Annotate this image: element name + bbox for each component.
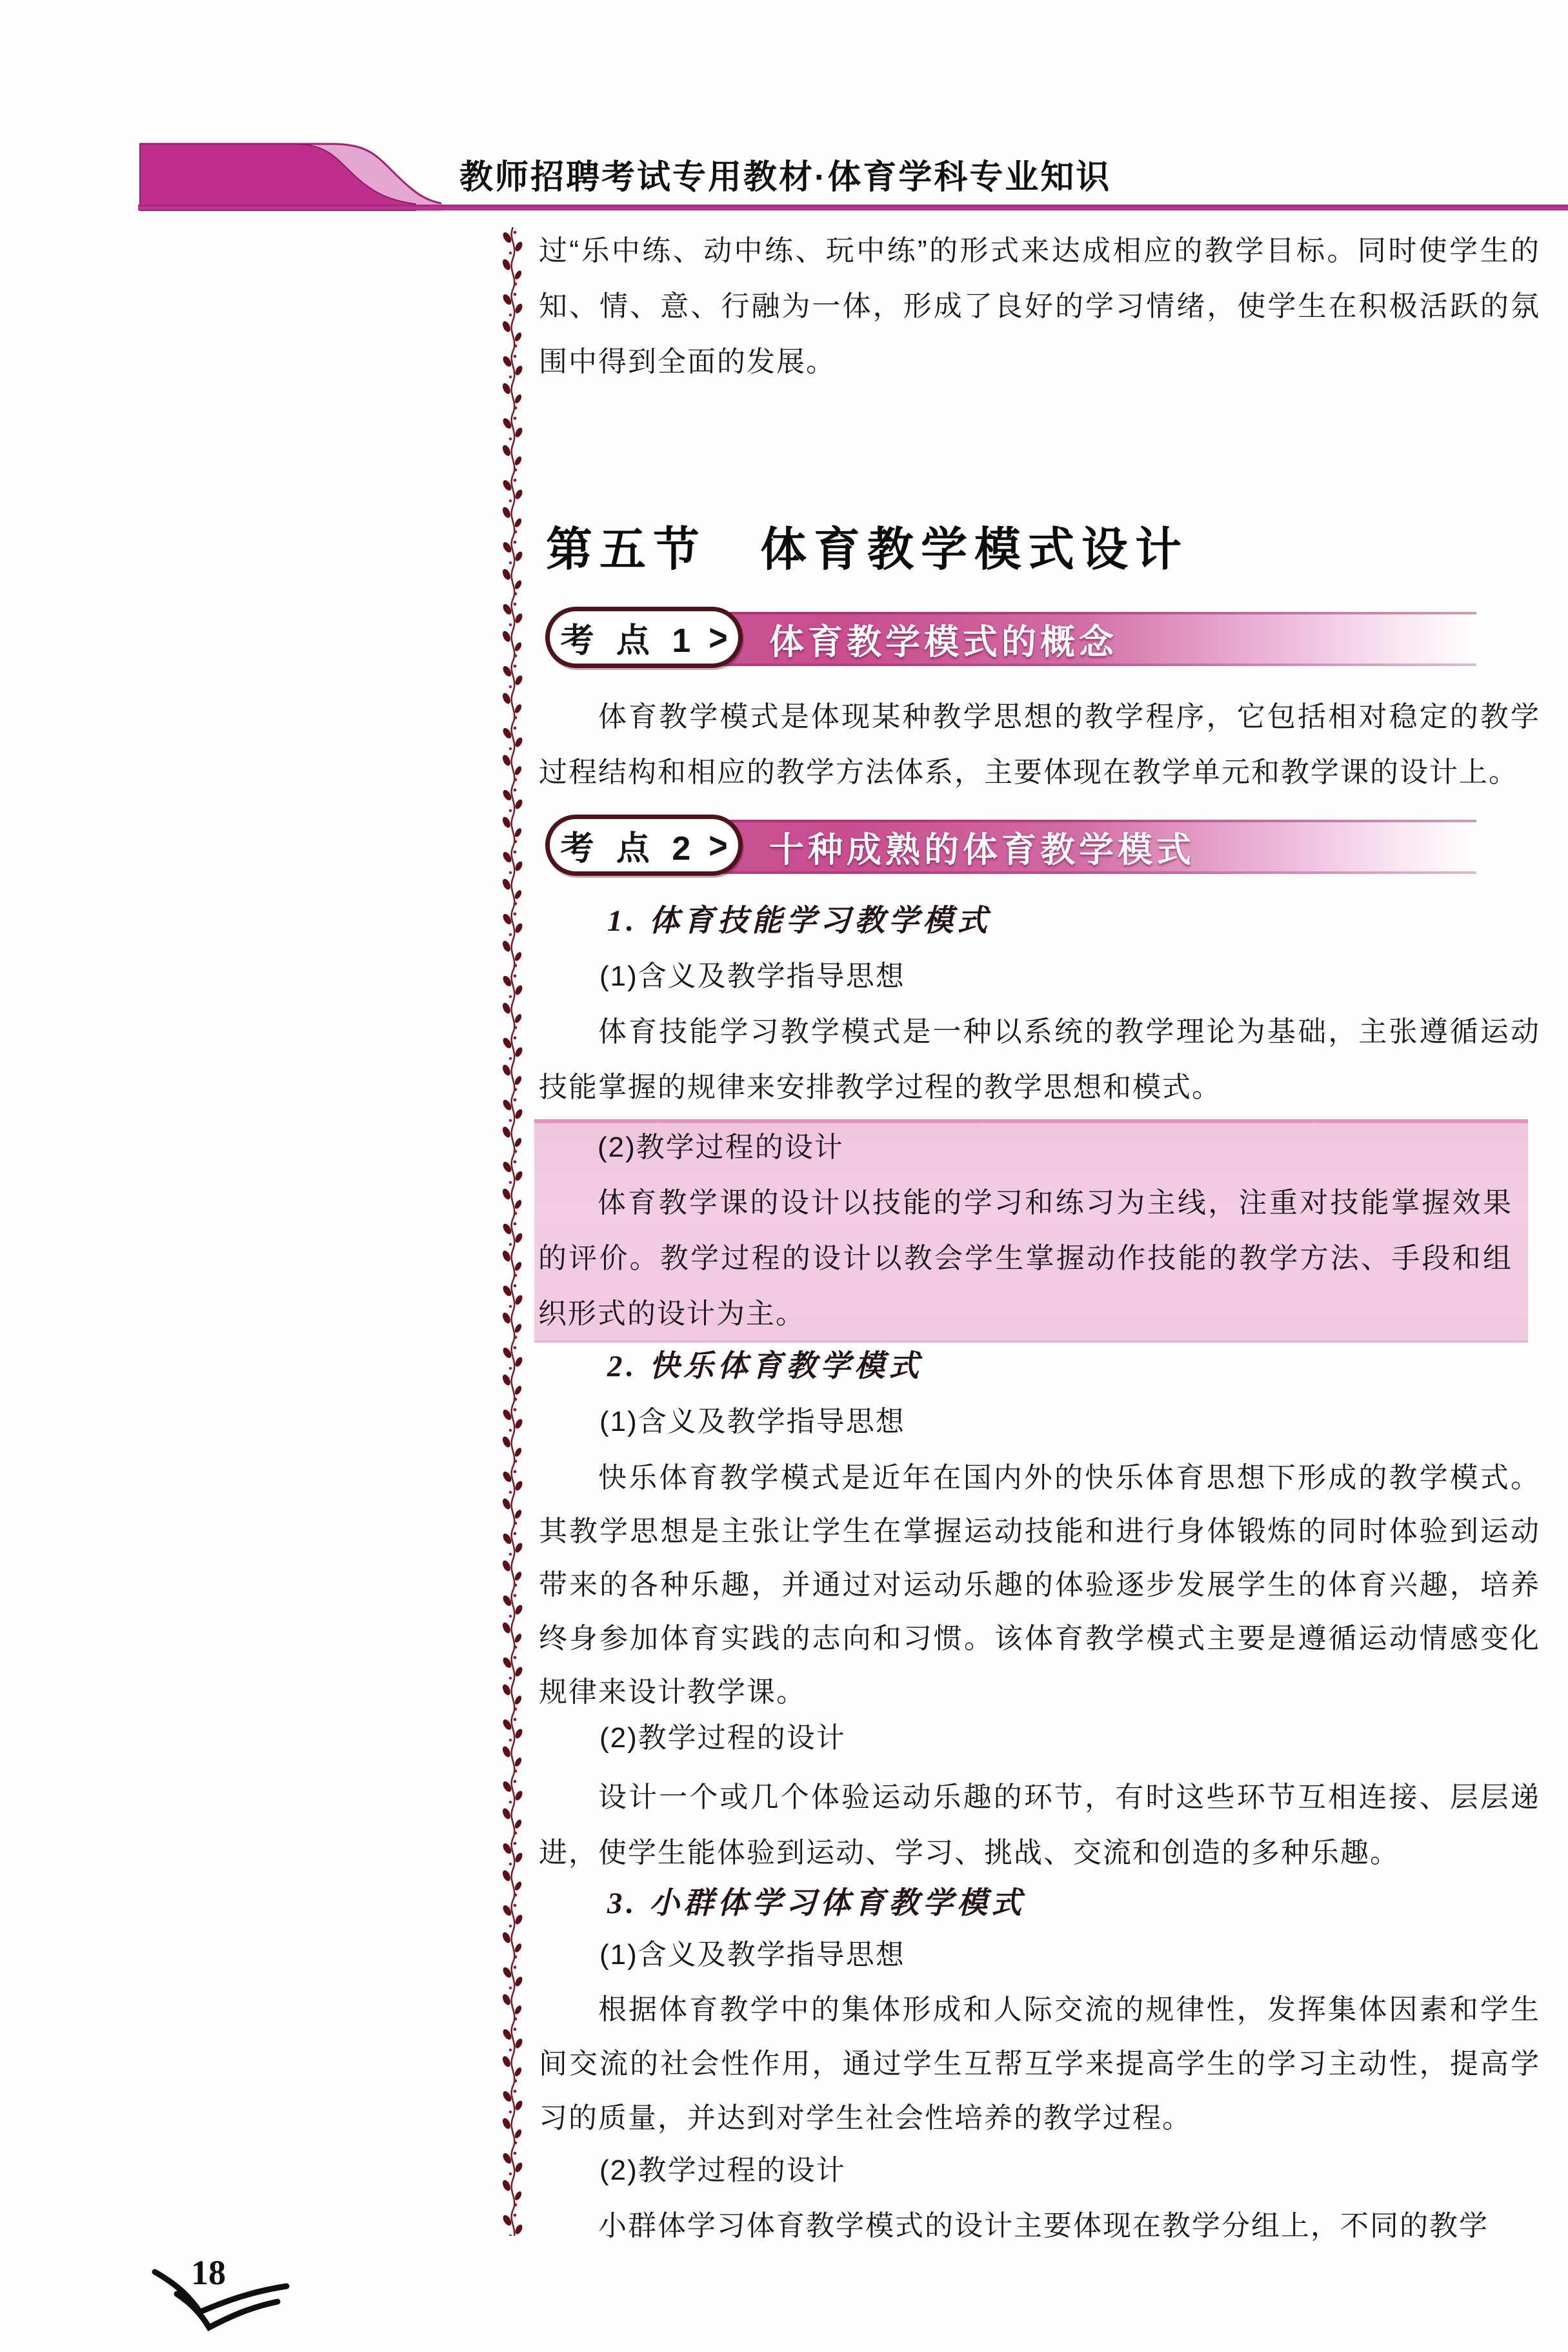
kaodian2-title: 十种成熟的体育教学模式 <box>769 820 1195 874</box>
kaodian1-title: 体育教学模式的概念 <box>769 612 1118 666</box>
vine-border-ornament <box>502 227 524 2236</box>
model1-heading: 1. 体育技能学习教学模式 <box>539 893 1540 949</box>
model2-heading: 2. 快乐体育教学模式 <box>539 1339 1540 1394</box>
header-corner-ribbon <box>138 139 441 211</box>
kaodian2-pill: 考 点 2 > <box>545 815 743 876</box>
model1-paragraph1: 体育技能学习教学模式是一种以系统的教学理论为基础，主张遵循运动技能掌握的规律来安… <box>539 1004 1540 1115</box>
model1-highlight-box: (2)教学过程的设计 体育教学课的设计以技能的学习和练习为主线，注重对技能掌握效… <box>534 1119 1528 1343</box>
model2-sub2: (2)教学过程的设计 <box>539 1710 1540 1766</box>
model1-sub2: (2)教学过程的设计 <box>538 1120 1513 1175</box>
model1-sub1: (1)含义及教学指导思想 <box>539 949 1540 1004</box>
kaodian2-arrow-icon: > <box>709 824 727 867</box>
model2-paragraph1: 快乐体育教学模式是近年在国内外的快乐体育思想下形成的教学模式。其教学思想是主张让… <box>539 1451 1540 1719</box>
model2-sub1: (1)含义及教学指导思想 <box>539 1394 1540 1450</box>
book-header-title: 教师招聘考试专用教材·体育学科专业知识 <box>459 150 1111 198</box>
model3-sub2: (2)教学过程的设计 <box>539 2143 1540 2198</box>
model3-paragraph2: 小群体学习体育教学模式的设计主要体现在教学分组上，不同的教学 <box>539 2198 1540 2254</box>
intro-paragraph: 过“乐中练、动中练、玩中练”的形式来达成相应的教学目标。同时使学生的知、情、意、… <box>539 223 1540 390</box>
model3-heading: 3. 小群体学习体育教学模式 <box>539 1876 1540 1931</box>
model1-paragraph2: 体育教学课的设计以技能的学习和练习为主线，注重对技能掌握效果的评价。教学过程的设… <box>538 1175 1513 1342</box>
kaodian1-pill: 考 点 1 > <box>545 607 743 668</box>
model2-paragraph2: 设计一个或几个体验运动乐趣的环节，有时这些环节互相连接、层层递进，使学生能体验到… <box>539 1770 1540 1881</box>
page-number: 18 <box>191 2253 226 2293</box>
header-rule-line <box>138 205 1568 210</box>
kaodian2-pill-label: 考 点 2 <box>560 821 697 869</box>
section-title: 第五节 体育教学模式设计 <box>546 512 1189 579</box>
kaodian1-paragraph: 体育教学模式是体现某种教学思想的教学程序，它包括相对稳定的教学过程结构和相应的教… <box>539 689 1540 800</box>
book-page: 教师招聘考试专用教材·体育学科专业知识 过“乐中练、动中练、玩中练”的形式来达成… <box>0 0 1568 2352</box>
kaodian1-pill-label: 考 点 1 <box>560 613 697 662</box>
model3-paragraph1: 根据体育教学中的集体形成和人际交流的规律性，发挥集体因素和学生间交流的社会性作用… <box>539 1983 1540 2145</box>
model3-sub1: (1)含义及教学指导思想 <box>539 1927 1540 1983</box>
kaodian1-arrow-icon: > <box>709 616 727 659</box>
